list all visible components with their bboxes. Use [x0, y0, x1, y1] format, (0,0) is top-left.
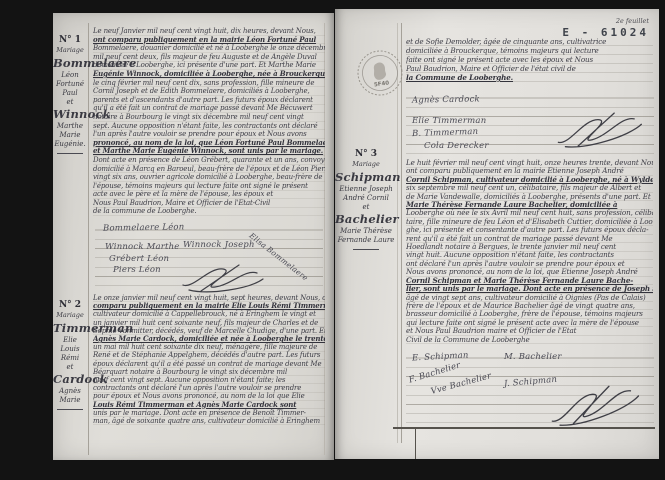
- act-parties: SchipmanEtienne JosephAndré CorniletBach…: [335, 170, 397, 245]
- signature: Elie Timmerman: [412, 116, 486, 126]
- scanned-register-spread: N° 1 Mariage BommelaereLéon Fortuné Paul…: [0, 0, 665, 480]
- margin-note-act3: N° 3 Mariage SchipmanEtienne JosephAndré…: [335, 149, 397, 250]
- bottom-frame-line: [393, 427, 655, 429]
- margin-rule-left: [88, 23, 89, 455]
- note-underline: [57, 153, 83, 154]
- signature: Winnock Marthe: [105, 242, 180, 252]
- act2-signature-block: Agnès Cardock Elie Timmerman B. Timmerma…: [406, 89, 654, 161]
- act-parties: TimmermanElie Louis RémietCardockAgnès M…: [53, 321, 87, 405]
- folio-corner: 2e feuillet E - 61024: [562, 17, 649, 39]
- stamp-value: 5F40: [374, 80, 390, 88]
- margin-note-act2: N° 2 Mariage TimmermanElie Louis RémietC…: [53, 300, 87, 410]
- fiscal-stamp: 5F40: [353, 46, 407, 100]
- signature: E. Schipman: [412, 351, 469, 364]
- bottom-frame-tick: [415, 429, 416, 459]
- note-underline: [57, 409, 83, 410]
- act2-continuation-text: et de Sofie Demolder, âgée de cinquante …: [406, 37, 653, 82]
- act-number: N° 1: [53, 35, 87, 45]
- marianne-head-icon: [372, 62, 386, 81]
- note-underline: [353, 249, 379, 250]
- act2-body-text: Le onze janvier mil neuf cent vingt huit…: [93, 294, 325, 425]
- act-type-label: Mariage: [53, 46, 87, 54]
- act3-body-text: Le huit février mil neuf cent vingt huit…: [406, 159, 653, 344]
- act-type-label: Mariage: [53, 311, 87, 319]
- signature: B. Timmerman: [412, 127, 479, 139]
- signature: Bommelaere Léon: [103, 222, 185, 233]
- mayor-paraph-signature: [542, 102, 656, 153]
- act3-signature-block: E. Schipman M. Bachelier F. Bachelier Vv…: [406, 349, 654, 423]
- signature: Piers Léon: [113, 265, 161, 275]
- signature: Grébert Léon: [109, 254, 169, 264]
- signature: Cola Derecker: [424, 141, 489, 151]
- signature: Winnock Joseph: [183, 240, 255, 250]
- signature: J. Schipman: [504, 375, 558, 390]
- act1-body-text: Le neuf Janvier mil neuf cent vingt huit…: [93, 27, 325, 216]
- sheet-label: 2e feuillet: [562, 17, 649, 25]
- act-parties: BommelaereLéon Fortuné PauletWinnockMart…: [53, 56, 87, 149]
- act1-signature-block: Bommelaere Léon Winnock Marthe Winnock J…: [95, 221, 323, 291]
- margin-note-act1: N° 1 Mariage BommelaereLéon Fortuné Paul…: [53, 35, 87, 154]
- signature: M. Bachelier: [504, 352, 562, 362]
- act-number: N° 3: [335, 149, 397, 159]
- signature: Agnès Cardock: [412, 94, 480, 105]
- act-number: N° 2: [53, 300, 87, 310]
- register-page-right: 2e feuillet E - 61024 5F40 et de Sofie D…: [335, 9, 659, 459]
- register-page-left: N° 1 Mariage BommelaereLéon Fortuné Paul…: [53, 13, 334, 460]
- mayor-paraph-signature: [173, 259, 273, 293]
- act-type-label: Mariage: [335, 160, 397, 168]
